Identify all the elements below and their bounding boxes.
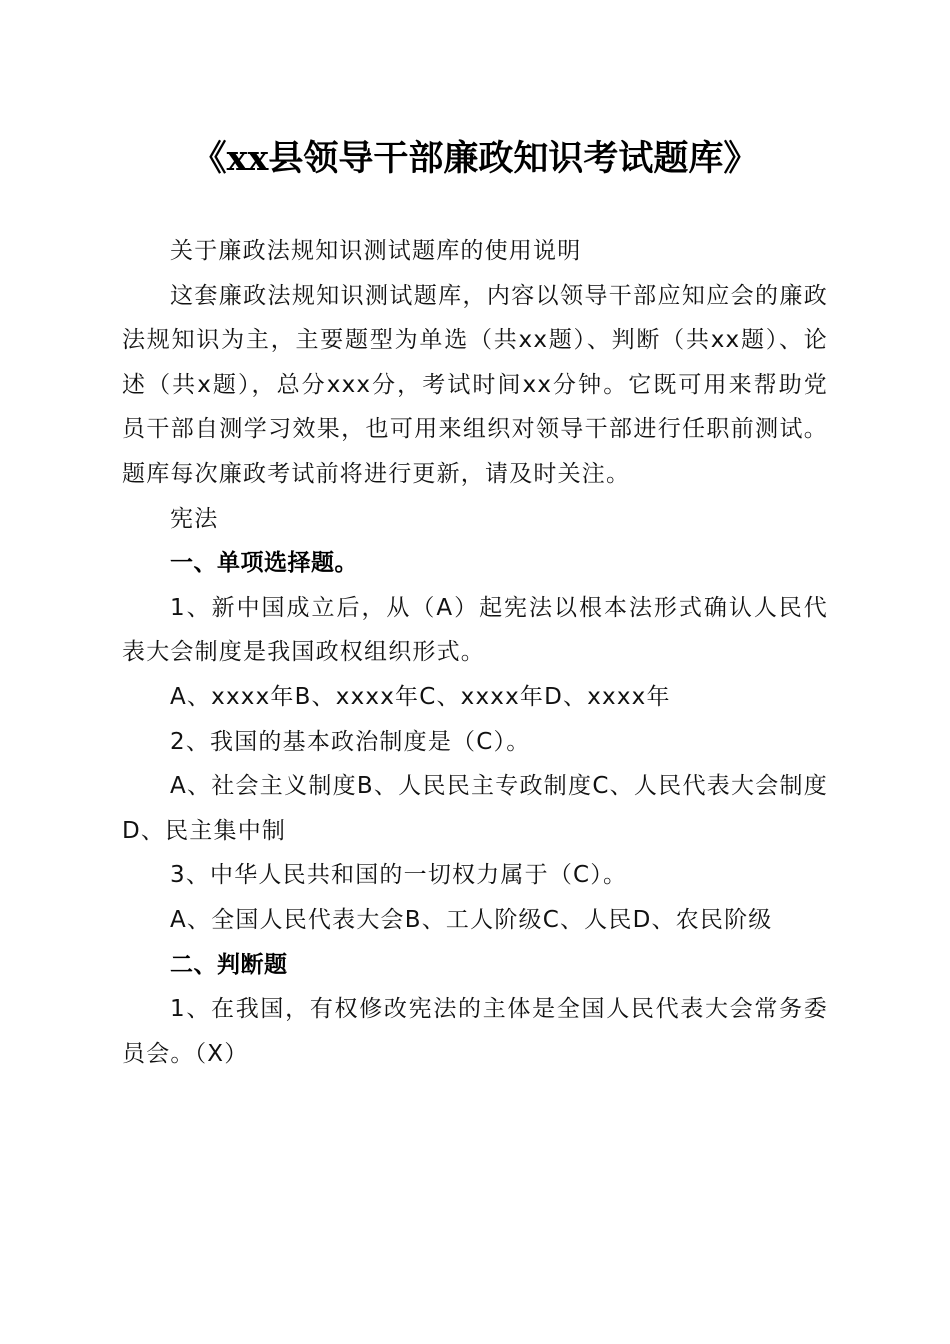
question-3-options: A、全国人民代表大会B、工人阶级C、人民D、农民阶级 — [122, 898, 828, 943]
question-2-options: A、社会主义制度B、人民民主专政制度C、人民代表大会制度D、民主集中制 — [122, 764, 828, 853]
part-heading-single-choice: 一、单项选择题。 — [122, 541, 828, 586]
document-page: 《xx县领导干部廉政知识考试题库》 关于廉政法规知识测试题库的使用说明 这套廉政… — [0, 0, 950, 1344]
question-1: 1、新中国成立后，从（A）起宪法以根本法形式确认人民代表大会制度是我国政权组织形… — [122, 586, 828, 675]
intro-heading: 关于廉政法规知识测试题库的使用说明 — [122, 229, 828, 274]
section-name: 宪法 — [122, 497, 828, 542]
part-heading-true-false: 二、判断题 — [122, 943, 828, 988]
document-body: 关于廉政法规知识测试题库的使用说明 这套廉政法规知识测试题库，内容以领导干部应知… — [122, 229, 828, 1076]
question-2: 2、我国的基本政治制度是（C）。 — [122, 720, 828, 765]
question-3: 3、中华人民共和国的一切权力属于（C）。 — [122, 853, 828, 898]
tf-question-1: 1、在我国，有权修改宪法的主体是全国人民代表大会常务委员会。（X） — [122, 987, 828, 1076]
question-1-options: A、xxxx年B、xxxx年C、xxxx年D、xxxx年 — [122, 675, 828, 720]
intro-paragraph: 这套廉政法规知识测试题库，内容以领导干部应知应会的廉政法规知识为主，主要题型为单… — [122, 274, 828, 497]
document-title: 《xx县领导干部廉政知识考试题库》 — [0, 133, 950, 185]
